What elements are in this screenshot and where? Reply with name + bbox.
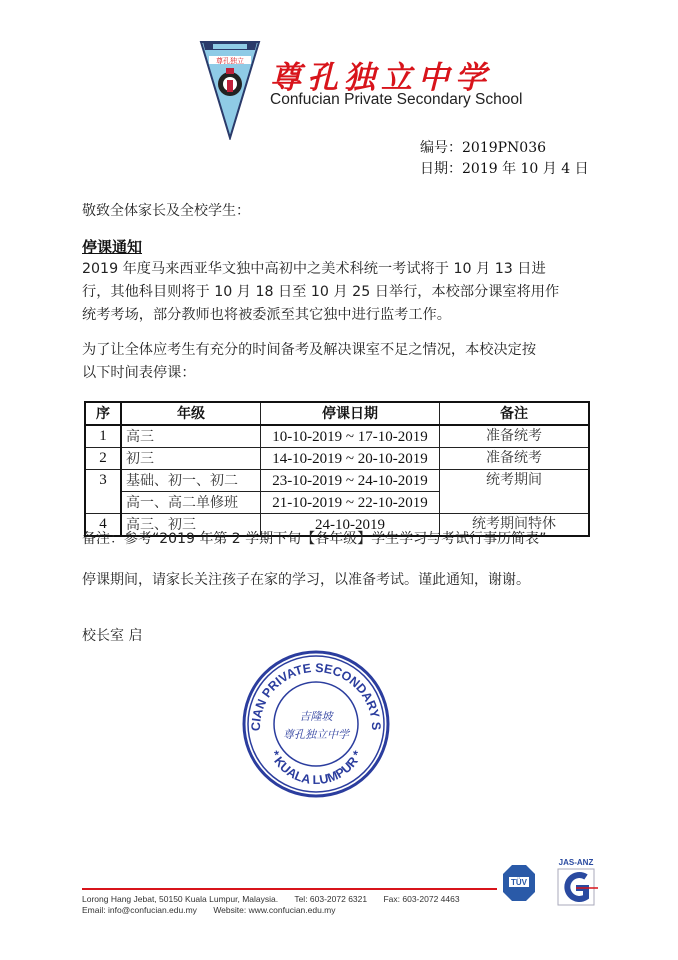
class-suspension-table: 序 年级 停课日期 备注 1 高三 10-10-2019 ~ 17-10-201… (84, 401, 590, 537)
row-dates: 10-10-2019 ~ 17-10-2019 (261, 425, 440, 448)
footer-address: Lorong Hang Jebat, 50150 Kuala Lumpur, M… (82, 894, 278, 904)
column-header-note: 备注 (440, 402, 590, 425)
svg-text:TÜV: TÜV (511, 878, 528, 887)
school-name-english: Confucian Private Secondary School (270, 91, 522, 109)
svg-text:JAS-ANZ: JAS-ANZ (559, 858, 594, 867)
footer-website[interactable]: Website: www.confucian.edu.my (213, 905, 335, 915)
row-dates: 23-10-2019 ~ 24-10-2019 (261, 470, 440, 492)
school-crest-icon: 尊孔独立 (199, 40, 261, 140)
column-header-no: 序 (85, 402, 121, 425)
paragraph-line: 为了让全体应考生有充分的时间备考及解决课室不足之情况，本校决定按 (82, 339, 602, 362)
paragraph-line: 2019 年度马来西亚华文独中高初中之美术科统一考试将于 10 月 13 日进 (82, 258, 602, 281)
svg-text:尊孔独立中学: 尊孔独立中学 (283, 728, 351, 741)
row-grade: 基础、初一、初二 (121, 470, 261, 492)
table-header-row: 序 年级 停课日期 备注 (85, 402, 589, 425)
tuv-certification-icon: TÜV (502, 864, 536, 902)
column-header-dates: 停课日期 (261, 402, 440, 425)
footer-contact: Lorong Hang Jebat, 50150 Kuala Lumpur, M… (82, 894, 460, 916)
reference-block: 编号：2019PN036 日期：2019 年 10 月 4 日 (420, 138, 589, 180)
table-row: 1 高三 10-10-2019 ~ 17-10-2019 准备统考 (85, 425, 589, 448)
reference-date: 日期：2019 年 10 月 4 日 (420, 159, 589, 180)
closing-paragraph: 停课期间，请家长关注孩子在家的学习，以准备考试。谨此通知，谢谢。 (82, 569, 530, 589)
column-header-grade: 年级 (121, 402, 261, 425)
reference-number: 编号：2019PN036 (420, 138, 589, 159)
row-note: 准备统考 (440, 448, 590, 470)
school-stamp-icon: CONFUCIAN PRIVATE SECONDARY SCHOOL * KUA… (240, 648, 392, 800)
remark-note: 备注：参考“2019 年第 2 学期下旬【各年级】学生学习与考试行事历简表” (82, 528, 546, 548)
row-number: 1 (85, 425, 121, 448)
paragraph-decision: 为了让全体应考生有充分的时间备考及解决课室不足之情况，本校决定按 以下时间表停课… (82, 339, 602, 385)
notice-title: 停课通知 (82, 236, 142, 257)
row-number: 3 (85, 470, 121, 514)
salutation: 敬致全体家长及全校学生： (82, 200, 250, 220)
footer-divider (82, 888, 497, 890)
signature: 校长室 启 (82, 625, 142, 645)
svg-text:尊孔独立: 尊孔独立 (216, 56, 244, 65)
footer-fax: Fax: 603-2072 4463 (383, 894, 459, 904)
jas-anz-certification-icon: JAS-ANZ (552, 857, 600, 909)
svg-text:吉隆坡: 吉隆坡 (300, 710, 335, 723)
paragraph-line: 统考考场，部分教师也将被委派至其它独中进行监考工作。 (82, 304, 602, 327)
table-row: 2 初三 14-10-2019 ~ 20-10-2019 准备统考 (85, 448, 589, 470)
row-number: 2 (85, 448, 121, 470)
row-dates: 14-10-2019 ~ 20-10-2019 (261, 448, 440, 470)
paragraph-line: 以下时间表停课： (82, 362, 602, 385)
row-grade: 高三 (121, 425, 261, 448)
row-grade: 高一、高二单修班 (121, 492, 261, 514)
svg-text:* KUALA LUMPUR *: * KUALA LUMPUR * (267, 749, 365, 787)
row-dates: 21-10-2019 ~ 22-10-2019 (261, 492, 440, 514)
table-row: 3 基础、初一、初二 23-10-2019 ~ 24-10-2019 统考期间 (85, 470, 589, 492)
paragraph-line: 行，其他科目则将于 10 月 18 日至 10 月 25 日举行，本校部分课室将… (82, 281, 602, 304)
paragraph-exam-info: 2019 年度马来西亚华文独中高初中之美术科统一考试将于 10 月 13 日进 … (82, 258, 602, 327)
row-grade: 初三 (121, 448, 261, 470)
footer-email[interactable]: Email: info@confucian.edu.my (82, 905, 197, 915)
row-note: 统考期间 (440, 470, 590, 514)
footer-tel: Tel: 603-2072 6321 (294, 894, 367, 904)
row-note: 准备统考 (440, 425, 590, 448)
